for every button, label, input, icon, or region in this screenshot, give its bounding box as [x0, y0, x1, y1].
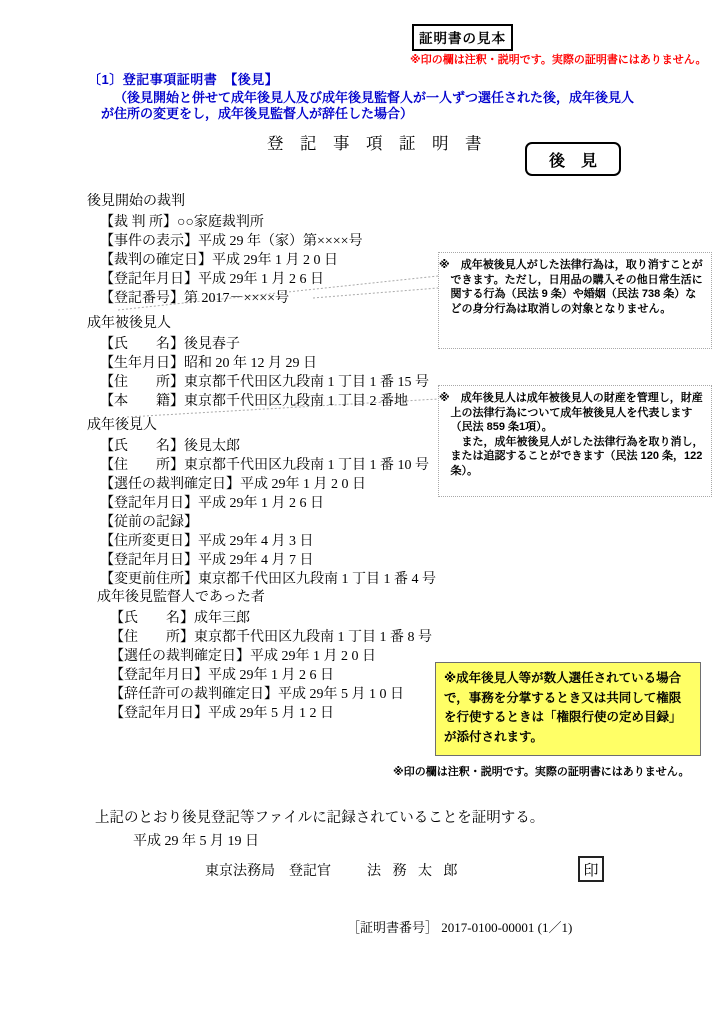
- field-line: 【選任の裁判確定日】平成 29年 1 月 2 0 日: [100, 475, 436, 494]
- field-line: 【裁判の確定日】平成 29年 1 月 2 0 日: [100, 251, 363, 270]
- field-line: 【生年月日】昭和 20 年 12 月 29 日: [100, 354, 429, 373]
- case-title: 〔1〕登記事項証明書 【後見】: [88, 69, 278, 88]
- certificate-number-value: 2017-0100-00001 (1／1): [441, 920, 572, 935]
- field-line: 【住 所】東京都千代田区九段南 1 丁目 1 番 8 号: [110, 628, 432, 647]
- field-line: 【辞任許可の裁判確定日】平成 29年 5 月 1 0 日: [110, 685, 432, 704]
- document-title: 登 記 事 項 証 明 書: [267, 130, 482, 154]
- field-line: 【登記年月日】平成 29年 1 月 2 6 日: [100, 270, 363, 289]
- field-line: 【氏 名】成年三郎: [110, 609, 432, 628]
- section-guardian: 成年後見人 【氏 名】後見太郎 【住 所】東京都千代田区九段南 1 丁目 1 番…: [87, 416, 436, 589]
- section-ruling: 後見開始の裁判 【裁 判 所】○○家庭裁判所 【事件の表示】平成 29 年（家）…: [87, 192, 363, 308]
- case-subtitle-line2: が住所の変更をし，成年後見監督人が辞任した場合）: [101, 103, 413, 122]
- field-line: 【選任の裁判確定日】平成 29年 1 月 2 0 日: [110, 647, 432, 666]
- annotation-text: また，成年被後見人がした法律行為を取り消し，または追認することができます（民法 …: [451, 435, 704, 479]
- annotation-text: ※ 成年被後見人がした法律行為は，取り消すことができます。ただし，日用品の購入そ…: [451, 258, 704, 316]
- field-line: 【登記年月日】平成 29年 1 月 2 6 日: [110, 666, 432, 685]
- field-line: 【住所変更日】平成 29年 4 月 3 日: [100, 532, 436, 551]
- annotation-box-yellow-highlight: ※成年後見人等が数人選任されている場合で，事務を分掌するとき又は共同して権限を行…: [435, 662, 701, 756]
- certify-statement: 上記のとおり後見登記等ファイルに記録されていることを証明する。: [95, 806, 544, 827]
- field-line: 【氏 名】後見太郎: [100, 437, 436, 456]
- section-former-supervisor: 成年後見監督人であった者 【氏 名】成年三郎 【住 所】東京都千代田区九段南 1…: [97, 588, 432, 723]
- field-line: 【登記番号】第 2017－××××号: [100, 289, 363, 308]
- field-line: 【事件の表示】平成 29 年（家）第××××号: [100, 232, 363, 251]
- field-line: 【氏 名】後見春子: [100, 335, 429, 354]
- field-line: 【変更前住所】東京都千代田区九段南 1 丁目 1 番 4 号: [100, 570, 436, 589]
- certificate-number: ［証明書番号］ 2017-0100-00001 (1／1): [347, 917, 572, 936]
- section-heading: 成年被後見人: [87, 314, 429, 333]
- registrar-name: 法 務 太 郎: [367, 860, 462, 880]
- field-line: 【登記年月日】平成 29年 4 月 7 日: [100, 551, 436, 570]
- annotation-box-ward-acts: ※ 成年被後見人がした法律行為は，取り消すことができます。ただし，日用品の購入そ…: [438, 252, 712, 349]
- registrar-seal-icon: 印: [578, 856, 604, 882]
- field-line: 【登記年月日】平成 29年 5 月 1 2 日: [110, 704, 432, 723]
- section-heading: 成年後見監督人であった者: [97, 588, 432, 607]
- previous-record-heading: 【従前の記録】: [100, 513, 436, 532]
- certificate-document: 証明書の見本 ※印の欄は注釈・説明です。実際の証明書にはありません。 〔1〕登記…: [0, 0, 720, 1019]
- section-heading: 後見開始の裁判: [87, 192, 363, 211]
- field-line: 【登記年月日】平成 29年 1 月 2 6 日: [100, 494, 436, 513]
- section-ward: 成年被後見人 【氏 名】後見春子 【生年月日】昭和 20 年 12 月 29 日…: [87, 314, 429, 411]
- issuing-office: 東京法務局 登記官: [205, 860, 331, 880]
- certificate-number-label: ［証明書番号］: [347, 920, 438, 935]
- annotation-box-guardian-powers: ※ 成年後見人は成年被後見人の財産を管理し，財産上の法律行為について成年被後見人…: [438, 385, 712, 497]
- top-red-disclaimer: ※印の欄は注釈・説明です。実際の証明書にはありません。: [410, 51, 706, 67]
- sample-label-box: 証明書の見本: [412, 24, 513, 51]
- bottom-disclaimer: ※印の欄は注釈・説明です。実際の証明書にはありません。: [393, 763, 689, 779]
- doc-type-badge: 後 見: [525, 142, 621, 176]
- issue-date: 平成 29 年 5 月 19 日: [133, 830, 259, 850]
- field-line: 【住 所】東京都千代田区九段南 1 丁目 1 番 15 号: [100, 373, 429, 392]
- field-line: 【住 所】東京都千代田区九段南 1 丁目 1 番 10 号: [100, 456, 436, 475]
- field-line: 【本 籍】東京都千代田区九段南 1 丁目 2 番地: [100, 392, 429, 411]
- field-line: 【裁 判 所】○○家庭裁判所: [100, 213, 363, 232]
- annotation-text: ※ 成年後見人は成年被後見人の財産を管理し，財産上の法律行為について成年被後見人…: [451, 391, 704, 435]
- section-heading: 成年後見人: [87, 416, 436, 435]
